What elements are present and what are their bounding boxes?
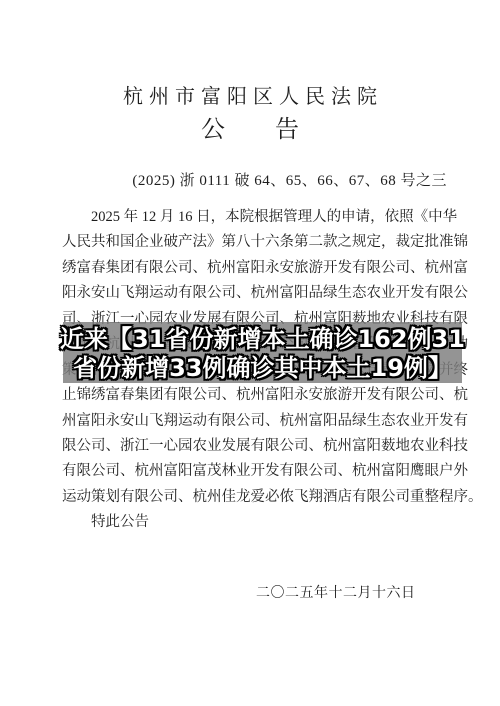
court-name: 杭州市富阳区人民法院 — [0, 80, 500, 109]
closing-line: 特此公告 — [62, 510, 462, 535]
headline-overlay: 近来【31省份新增本土确诊162例31 省份新增33例确诊其中本土19例】 — [63, 322, 462, 383]
document-date: 二〇二五年十二月十六日 — [256, 582, 416, 602]
body-line: 2025 年 12 月 16 日，本院根据管理人的申请，依照《中华 — [62, 205, 462, 230]
body-line: 有限公司、杭州富阳富茂林业开发有限公司、杭州富阳鹰眼户外 — [62, 459, 462, 484]
body-line: 州富阳永安山飞翔运动有限公司、杭州富阳品绿生态农业开发有 — [62, 409, 462, 434]
document-title: 公告 — [0, 109, 500, 144]
body-line: 人民共和国企业破产法》第八十六条第二款之规定，裁定批准锦 — [62, 230, 462, 255]
case-number: (2025) 浙 0111 破 64、65、66、67、68 号之三 — [132, 169, 447, 190]
body-line: 阳永安山飞翔运动有限公司、杭州富阳品绿生态农业开发有限公 — [62, 281, 462, 306]
body-line: 运动策划有限公司、杭州佳龙爱必侬飞翔酒店有限公司重整程序。 — [62, 485, 462, 510]
headline-line-2: 省份新增33例确诊其中本土19例】 — [73, 354, 452, 383]
body-line: 限公司、浙江一心园农业发展有限公司、杭州富阳薮地农业科技 — [62, 434, 462, 459]
announcement-page: 杭州市富阳区人民法院 公告 (2025) 浙 0111 破 64、65、66、6… — [0, 0, 500, 706]
body-line: 绣富春集团有限公司、杭州富阳永安旅游开发有限公司、杭州富 — [62, 256, 462, 281]
body-line: 止锦绣富春集团有限公司、杭州富阳永安旅游开发有限公司、杭 — [62, 383, 462, 408]
headline-line-1: 近来【31省份新增本土确诊162例31 — [60, 325, 465, 354]
